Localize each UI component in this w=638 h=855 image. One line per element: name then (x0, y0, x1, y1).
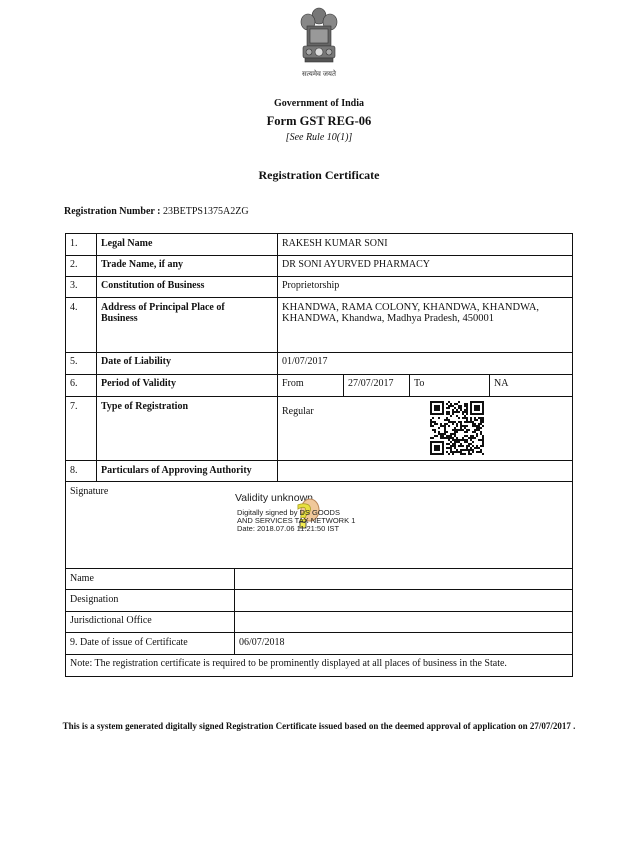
note-text: Note: The registration certificate is re… (66, 655, 572, 672)
type-of-registration-value: Regular (278, 403, 378, 420)
date-of-issue-value: 06/07/2018 (235, 634, 572, 651)
registration-number-label: Registration Number : (64, 206, 160, 217)
legal-name-label: Legal Name (97, 235, 277, 252)
validity-to-label: To (410, 375, 489, 392)
registration-number-value: 23BETPS1375A2ZG (163, 206, 249, 217)
type-of-registration-label: Type of Registration (97, 398, 277, 415)
row-3-number: 3. (66, 277, 96, 294)
authority-name-label: Name (66, 570, 234, 587)
period-of-validity-label: Period of Validity (97, 375, 277, 392)
row-2-number: 2. (66, 256, 96, 273)
row-4-number: 4. (66, 299, 96, 316)
authority-name-value (235, 570, 572, 576)
trade-name-label: Trade Name, if any (97, 256, 277, 273)
row-6-number: 6. (66, 375, 96, 392)
signature-label: Signature (66, 483, 186, 500)
jurisdictional-office-value (235, 612, 572, 618)
row-1-number: 1. (66, 235, 96, 252)
date-of-issue-label: 9. Date of issue of Certificate (66, 634, 234, 651)
digital-signature-details: Digitally signed by DS GOODS AND SERVICE… (237, 509, 355, 533)
row-8-number: 8. (66, 462, 96, 479)
details-table: 1. Legal Name RAKESH KUMAR SONI 2. Trade… (65, 233, 573, 677)
emblem-motto: सत्यमेव जयते (290, 70, 348, 79)
approving-authority-label: Particulars of Approving Authority (97, 462, 277, 479)
rule-reference: [See Rule 10(1)] (0, 132, 638, 143)
designation-label: Designation (66, 591, 234, 608)
certificate-title: Registration Certificate (0, 168, 638, 183)
constitution-value: Proprietorship (278, 277, 572, 294)
qr-code-icon (430, 401, 484, 455)
signature-line-3: Date: 2018.07.06 11:21:50 IST (237, 525, 355, 533)
trade-name-value: DR SONI AYURVED PHARMACY (278, 256, 572, 273)
address-value: KHANDWA, RAMA COLONY, KHANDWA, KHANDWA, … (278, 299, 570, 327)
row-5-number: 5. (66, 353, 96, 370)
address-label: Address of Principal Place of Business (97, 299, 257, 327)
designation-value (235, 591, 572, 597)
date-of-liability-label: Date of Liability (97, 353, 277, 370)
legal-name-value: RAKESH KUMAR SONI (278, 235, 572, 252)
jurisdictional-office-label: Jurisdictional Office (66, 612, 234, 629)
approving-authority-value (278, 462, 572, 468)
national-emblem-icon (294, 2, 344, 80)
validity-from-value: 27/07/2017 (344, 375, 409, 392)
constitution-label: Constitution of Business (97, 277, 277, 294)
validity-to-value: NA (490, 375, 572, 392)
form-title: Form GST REG-06 (0, 114, 638, 129)
footer-statement: This is a system generated digitally sig… (0, 721, 638, 731)
date-of-liability-value: 01/07/2017 (278, 353, 572, 370)
row-7-number: 7. (66, 398, 96, 415)
validity-from-label: From (278, 375, 343, 392)
government-heading: Government of India (0, 98, 638, 109)
registration-number: Registration Number : 23BETPS1375A2ZG (64, 206, 249, 217)
